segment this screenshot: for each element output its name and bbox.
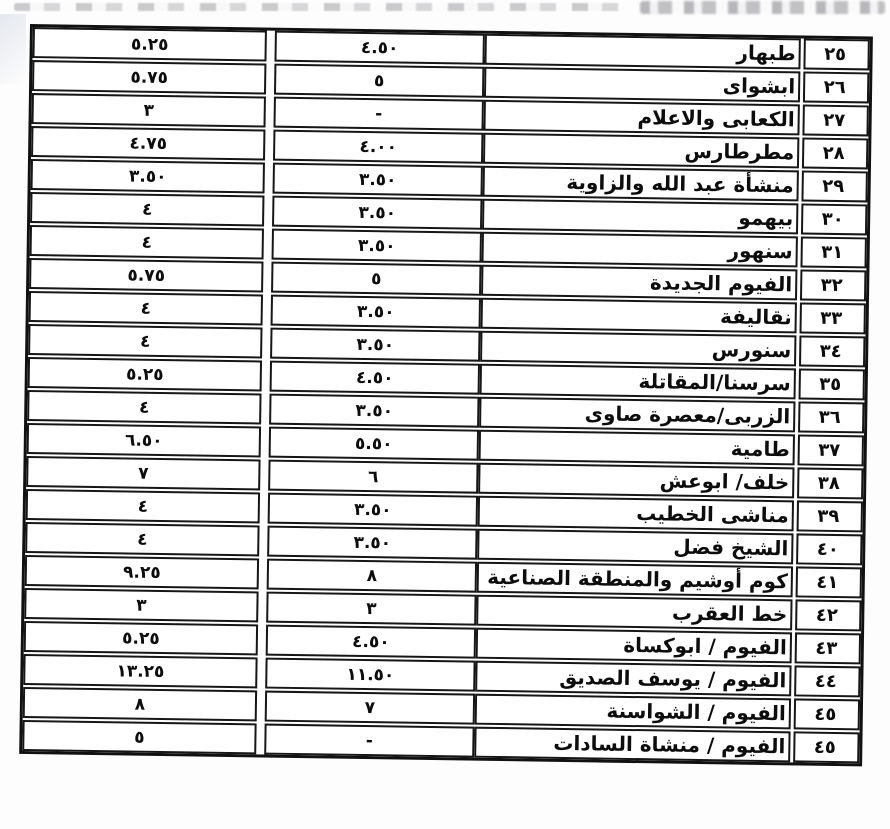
place-name-cell: ابشواى: [484, 67, 800, 103]
fare-middle-cell: ٣.٥٠: [270, 328, 480, 362]
fare-left-cell: ٨: [23, 687, 257, 721]
table-body: ٢٥طبهار٤.٥٠٥.٢٥٢٦ابشواى٥٥.٧٥٢٧الكعابى وا…: [22, 27, 870, 763]
fare-left-cell: ٤: [30, 192, 264, 226]
place-name-cell: مناشى الخطيب: [478, 496, 794, 532]
fare-left-cell: ٤: [27, 390, 261, 424]
row-number-cell: ٣٩: [797, 500, 863, 532]
fare-left-cell: ٥.٧٥: [32, 60, 266, 94]
fare-middle-cell: ٣: [266, 592, 476, 626]
scan-noise-band: [14, 3, 624, 11]
fare-middle-cell: ٣.٥٠: [272, 229, 482, 263]
row-number-cell: ٢٨: [802, 137, 868, 169]
row-number-cell: ٢٦: [803, 71, 869, 103]
row-number-cell: ٣٨: [797, 467, 863, 499]
fare-middle-cell: ٨: [267, 559, 477, 593]
place-name-cell: طبهار: [484, 34, 800, 70]
place-name-cell: الفيوم / يوسف الصديق: [475, 661, 791, 697]
row-number-cell: ٤٤: [794, 665, 860, 697]
fare-middle-cell: ٣.٥٠: [267, 526, 477, 560]
fare-middle-cell: -: [264, 724, 474, 758]
row-number-cell: ٤١: [796, 566, 862, 598]
fare-middle-cell: ٥: [274, 64, 484, 98]
fare-middle-cell: ٣.٥٠: [271, 295, 481, 329]
fare-middle-cell: -: [273, 97, 483, 131]
fare-middle-cell: ٣.٥٠: [269, 394, 479, 428]
fare-middle-cell: ٤.٥٠: [266, 625, 476, 659]
fare-middle-cell: ٤.٠٠: [273, 130, 483, 164]
fare-left-cell: ٥: [22, 720, 256, 754]
row-number-cell: ٤٥: [794, 698, 860, 730]
fare-left-cell: ٤: [25, 522, 259, 556]
fare-left-cell: ٩.٢٥: [25, 555, 259, 589]
place-name-cell: الكعابى والاعلام: [483, 100, 799, 136]
fare-left-cell: ٣: [24, 588, 258, 622]
fare-middle-cell: ١١.٥٠: [265, 658, 475, 692]
place-name-cell: خط العقرب: [476, 595, 792, 631]
place-name-cell: مطرطارس: [483, 133, 799, 169]
fare-left-cell: ٣: [32, 93, 266, 127]
place-name-cell: منشأة عبد الله والزاوية: [482, 166, 798, 202]
row-number-cell: ٣٥: [799, 368, 865, 400]
place-name-cell: الفيوم / منشاة السادات: [474, 727, 790, 763]
scan-noise-band-right: [640, 1, 885, 14]
place-name-cell: الزربى/معصرة صاوى: [479, 397, 795, 433]
row-number-cell: ٣٧: [798, 434, 864, 466]
row-number-cell: ٢٥: [803, 38, 869, 70]
row-number-cell: ٣٦: [798, 401, 864, 433]
fare-left-cell: ٦.٥٠: [27, 423, 261, 457]
fare-middle-cell: ٤.٥٠: [270, 361, 480, 395]
row-number-cell: ٣٣: [799, 302, 865, 334]
row-number-cell: ٢٩: [801, 170, 867, 202]
fare-left-cell: ٤: [29, 291, 263, 325]
place-name-cell: بيهمو: [482, 199, 798, 235]
place-name-cell: سنهور: [482, 232, 798, 268]
fare-left-cell: ٥.٢٥: [32, 27, 266, 61]
fare-middle-cell: ٤.٥٠: [274, 31, 484, 65]
fare-middle-cell: ٦: [268, 460, 478, 494]
place-name-cell: كوم أوشيم والمنطقة الصناعية: [477, 562, 793, 598]
fare-left-cell: ٤: [28, 324, 262, 358]
fare-middle-cell: ٥: [271, 262, 481, 296]
fare-middle-cell: ٧: [265, 691, 475, 725]
row-number-cell: ٣٠: [801, 203, 867, 235]
row-number-cell: ٣١: [800, 236, 866, 268]
fare-middle-cell: ٣.٥٠: [272, 196, 482, 230]
fare-left-cell: ٤.٧٥: [31, 126, 265, 160]
fare-left-cell: ٥.٢٥: [28, 357, 262, 391]
place-name-cell: الشيخ فضل: [477, 529, 793, 565]
fare-middle-cell: ٣.٥٠: [268, 493, 478, 527]
row-number-cell: ٤٠: [796, 533, 862, 565]
row-number-cell: ٤٢: [795, 599, 861, 631]
place-name-cell: خلف/ ابوعش: [478, 463, 794, 499]
page-edge-shadow: [0, 14, 26, 84]
row-number-cell: ٤٥: [793, 731, 859, 763]
place-name-cell: سنورس: [480, 331, 796, 367]
place-name-cell: طامية: [479, 430, 795, 466]
fare-left-cell: ٤: [26, 489, 260, 523]
row-number-cell: ٤٣: [795, 632, 861, 664]
fare-left-cell: ٣.٥٠: [31, 159, 265, 193]
place-name-cell: نقاليفة: [481, 298, 797, 334]
fare-middle-cell: ٥.٥٠: [269, 427, 479, 461]
row-number-cell: ٣٢: [800, 269, 866, 301]
fare-left-cell: ٧: [26, 456, 260, 490]
row-number-cell: ٣٤: [799, 335, 865, 367]
place-name-cell: سرسنا/المقاتلة: [480, 364, 796, 400]
fare-left-cell: ٤: [30, 225, 264, 259]
fare-middle-cell: ٣.٥٠: [273, 163, 483, 197]
fare-left-cell: ٥.٢٥: [24, 621, 258, 655]
fare-table: ٢٥طبهار٤.٥٠٥.٢٥٢٦ابشواى٥٥.٧٥٢٧الكعابى وا…: [19, 24, 873, 766]
fare-left-cell: ٥.٧٥: [29, 258, 263, 292]
fare-left-cell: ١٣.٢٥: [23, 654, 257, 688]
place-name-cell: الفيوم الجديدة: [481, 265, 797, 301]
row-number-cell: ٢٧: [802, 104, 868, 136]
place-name-cell: الفيوم / الشواسنة: [475, 694, 791, 730]
place-name-cell: الفيوم / ابوكساة: [476, 628, 792, 664]
